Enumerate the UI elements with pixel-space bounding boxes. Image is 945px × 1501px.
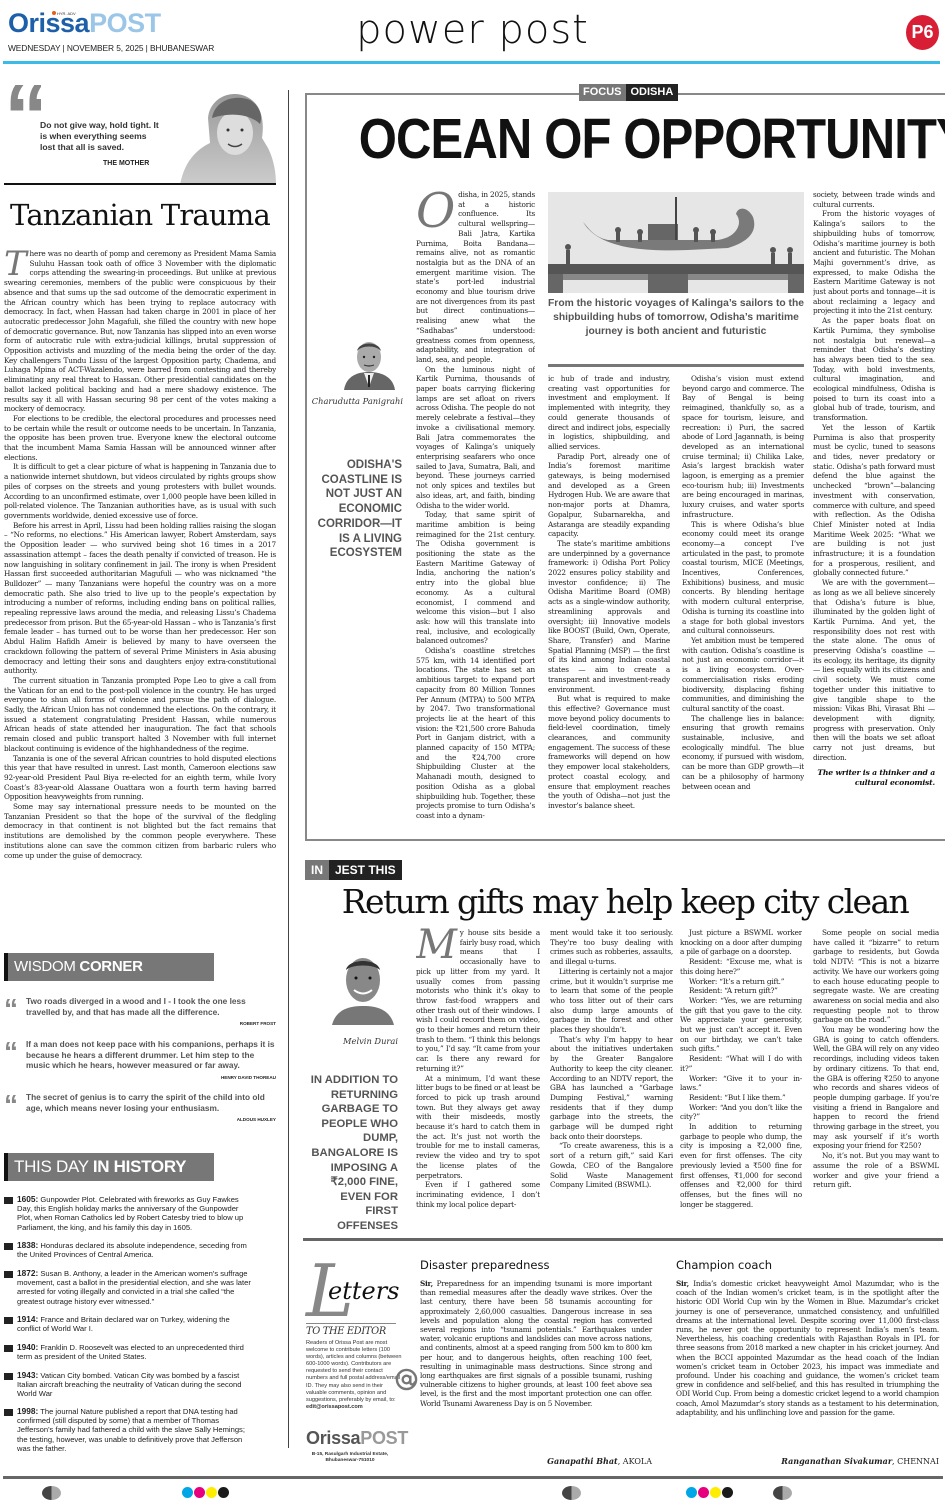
jest-dropcap: M xyxy=(416,930,457,960)
wisdom-quote: “ If a man does not keep pace with his c… xyxy=(4,1039,276,1080)
jest-column-4: Some people on social media have called … xyxy=(813,928,939,1228)
bullet-square-icon xyxy=(4,1197,13,1204)
jest-column-1: M y house sits beside a fairly busy road… xyxy=(416,928,540,1228)
focus-column-1: O disha, in 2025, stands at a historic c… xyxy=(416,190,535,835)
jest-pull-quote: IN ADDITION TO RETURNING GARBAGE TO PEOP… xyxy=(305,1073,398,1234)
bullet-square-icon xyxy=(4,1317,13,1324)
the-mother-photo xyxy=(170,88,276,185)
melvin-durai-photo xyxy=(328,950,398,1025)
quote-divider xyxy=(4,183,276,185)
email-at-icon xyxy=(395,1368,418,1391)
editor-email-link[interactable]: edit@orissapost.com xyxy=(306,1404,363,1410)
black-dot-icon xyxy=(218,1487,229,1498)
bullet-square-icon xyxy=(4,1345,13,1352)
cmyk-color-bar xyxy=(686,1487,733,1498)
jest-author-byline: Melvin Durai xyxy=(318,1036,398,1046)
focus-headline: OCEAN OF OPPORTUNITY xyxy=(359,108,897,170)
writer-tagline: The writer is a thinker and a cultural e… xyxy=(813,768,935,788)
quote-icon: “ xyxy=(4,72,41,117)
bottom-divider xyxy=(3,1476,943,1479)
history-event: 1838: Honduras declared its absolute ind… xyxy=(4,1241,254,1259)
letters-top-divider xyxy=(303,1238,943,1241)
cyan-dot-icon xyxy=(686,1487,697,1498)
letter-body: Sir, Preparedness for an impending tsuna… xyxy=(420,1279,652,1408)
history-event: 1998: The journal Nature published a rep… xyxy=(4,1407,254,1453)
history-event: 1605: Gunpowder Plot. Celebrated with fi… xyxy=(4,1195,254,1232)
jest-column-2: ment would take it too seriously. They’r… xyxy=(550,928,673,1228)
letter-headline: Disaster preparedness xyxy=(420,1258,549,1272)
editorial-dropcap: T xyxy=(4,251,26,278)
magenta-dot-icon xyxy=(698,1487,709,1498)
letter-headline: Champion coach xyxy=(676,1258,772,1272)
letter-signature: Ranganathan Sivakumar, CHENNAI xyxy=(676,1456,939,1466)
section-title: power post xyxy=(0,10,945,50)
focus-dropcap: O xyxy=(416,192,455,230)
to-the-editor-label: TO THE EDITOR xyxy=(306,1323,396,1337)
letters-orissa-post-logo: OrissaPOST xyxy=(306,1428,408,1449)
bullet-square-icon xyxy=(4,1243,13,1250)
letter-signature: Ganapathi Bhat, AKOLA xyxy=(420,1456,652,1466)
cyan-dot-icon xyxy=(182,1487,193,1498)
quote-icon: “ xyxy=(4,1036,15,1068)
quote-icon: “ xyxy=(4,1089,15,1121)
yellow-dot-icon xyxy=(710,1487,721,1498)
focus-author-byline: Charudutta Panigrahi xyxy=(311,396,403,406)
bullet-square-icon xyxy=(4,1373,13,1380)
history-event: 1943: Vatican City bombed. Vatican City … xyxy=(4,1371,254,1399)
masthead-divider xyxy=(3,61,940,64)
focus-column-4: society, between trade winds and cultura… xyxy=(813,190,935,835)
caption-divider xyxy=(548,364,804,367)
bullet-square-icon xyxy=(4,1271,13,1278)
wisdom-quote: “ The secret of genius is to carry the s… xyxy=(4,1092,276,1122)
jest-headline: Return gifts may help keep city clean xyxy=(305,882,945,921)
history-event: 1872: Susan B. Anthony, a leader in the … xyxy=(4,1269,254,1306)
registration-mark-icon xyxy=(773,1486,792,1500)
wisdom-corner-header: WISDOM CORNER xyxy=(4,953,214,981)
in-jest-this-tag: INJEST THIS xyxy=(305,860,402,880)
left-column-divider xyxy=(288,90,289,1448)
history-event: 1940: Franklin D. Roosevelt was elected … xyxy=(4,1343,254,1361)
focus-pull-quote: ODISHA'S COASTLINE IS NOT JUST AN ECONOM… xyxy=(305,458,402,561)
boat-photo-caption: From the historic voyages of Kalinga’s s… xyxy=(548,297,804,338)
kalinga-boat-photo xyxy=(548,192,804,293)
publisher-address: B-15, Rasulgarh Industrial Estate, Bhuba… xyxy=(306,1452,394,1464)
magenta-dot-icon xyxy=(194,1487,205,1498)
charudutta-panigrahi-photo xyxy=(342,337,397,390)
quote-author: THE MOTHER xyxy=(103,160,149,167)
wisdom-quote: “ Two roads diverged in a wood and I - I… xyxy=(4,996,276,1026)
focus-column-3: Odisha’s vision must extend beyond cargo… xyxy=(682,374,804,834)
bullet-square-icon xyxy=(4,1409,13,1416)
cmyk-color-bar xyxy=(182,1487,229,1498)
focus-column-2: ic hub of trade and industry, creating v… xyxy=(548,374,670,834)
jest-column-3: Just picture a BSWML worker knocking on … xyxy=(680,928,802,1228)
registration-mark-icon xyxy=(562,1486,581,1500)
focus-odisha-tag: FOCUSODISHA xyxy=(579,84,678,101)
history-event: 1914: France and Britain declared war on… xyxy=(4,1315,254,1333)
quote-icon: “ xyxy=(4,993,15,1025)
registration-mark-icon xyxy=(42,1486,61,1500)
letter-body: Sir, India’s domestic cricket heavyweigh… xyxy=(676,1279,939,1417)
editorial-title: Tanzanian Trauma xyxy=(4,198,276,232)
letters-title: etters xyxy=(328,1277,399,1305)
letters-submission-info: Readers of Orissa Post are most welcome … xyxy=(306,1340,404,1411)
black-dot-icon xyxy=(722,1487,733,1498)
quote-text: Do not give way, hold tight. It is when … xyxy=(40,120,160,153)
editorial-body: T here was no dearth of pomp and ceremon… xyxy=(4,249,276,929)
this-day-in-history-header: THIS DAY IN HISTORY xyxy=(4,1153,214,1181)
yellow-dot-icon xyxy=(206,1487,217,1498)
page-number-badge: P6 xyxy=(906,15,939,50)
